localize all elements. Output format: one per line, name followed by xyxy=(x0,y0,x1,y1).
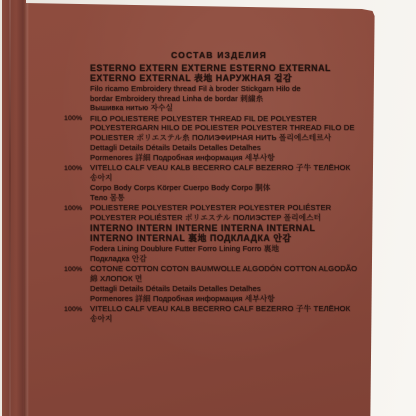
label-line: Pormenores 詳細 Подробная информация 세부사항 xyxy=(90,153,352,163)
percentage xyxy=(64,244,90,263)
label-line: Dettagli Details Détails Details Detalle… xyxy=(90,143,352,153)
label-line: ESTERNO EXTERN EXTERNE ESTERNO EXTERNAL xyxy=(90,63,352,73)
label-line: COTONE COTTON COTON BAUMWOLLE ALGODÓN CO… xyxy=(90,264,352,274)
composition-row-cotton: 100% COTONE COTTON COTON BAUMWOLLE ALGOD… xyxy=(64,264,352,283)
spine-crease-streak xyxy=(9,0,11,416)
composition-row-body: Corpo Body Corps Körper Cuerpo Body Corp… xyxy=(64,183,352,202)
percentage: 100% xyxy=(64,203,90,222)
label-line: Тело 몸통 xyxy=(90,193,352,203)
label-line: POLIESTERE POLYESTER POLYESTER POLYESTER… xyxy=(90,203,352,213)
percentage xyxy=(64,183,90,202)
label-line: INTERNO INTERN INTERNE INTERNA INTERNAL xyxy=(90,223,352,233)
label-line: Corpo Body Corps Körper Cuerpo Body Corp… xyxy=(90,183,352,193)
label-line: POLIESTER ポリエステル糸 ПОЛИЭФИРНАЯ НИТЬ 폴리에스테… xyxy=(90,133,352,143)
label-line: POLYESTERGARN HILO DE POLIESTER POLYESTE… xyxy=(90,123,352,133)
label-line: VITELLO CALF VEAU KALB BECERRO CALF BEZE… xyxy=(90,163,352,173)
percentage xyxy=(64,223,90,243)
label-photo: СОСТАВ ИЗДЕЛИЯ ESTERNO EXTERN EXTERNE ES… xyxy=(0,0,416,416)
label-line: FILO POLIESTERE POLYESTER THREAD FIL DE … xyxy=(90,114,352,124)
composition-row-polyester-body: 100% POLIESTERE POLYESTER POLYESTER POLY… xyxy=(64,203,352,222)
label-line: bordar Embroidery thread Linha de bordar… xyxy=(90,94,352,104)
label-line: 송아지 xyxy=(90,173,352,183)
fold-crease xyxy=(24,0,29,416)
label-line: Fodera Lining Doublure Futter Forro Lini… xyxy=(90,244,352,254)
label-line: Вышивка нитью 자수실 xyxy=(90,103,352,113)
composition-text: СОСТАВ ИЗДЕЛИЯ ESTERNO EXTERN EXTERNE ES… xyxy=(64,50,352,324)
label-line: Filo ricamo Embroidery thread Fil à brod… xyxy=(90,84,352,94)
composition-row-calf-2: 100% VITELLO CALF VEAU KALB BECERRO CALF… xyxy=(64,304,352,323)
label-line: EXTERNO EXTERNAL 表地 НАРУЖНАЯ 겉감 xyxy=(90,73,352,83)
percentage xyxy=(64,143,90,162)
label-line: Подкладка 안감 xyxy=(90,254,352,264)
composition-row-details-1: Dettagli Details Détails Details Detalle… xyxy=(64,143,352,162)
composition-title: СОСТАВ ИЗДЕЛИЯ xyxy=(64,50,352,60)
composition-row-calf-1: 100% VITELLO CALF VEAU KALB BECERRO CALF… xyxy=(64,163,352,182)
percentage xyxy=(64,284,90,303)
composition-row-embroidery-thread: Filo ricamo Embroidery thread Fil à brod… xyxy=(64,84,352,113)
composition-row-polyester-thread: 100% FILO POLIESTERE POLYESTER THREAD FI… xyxy=(64,114,352,143)
label-line: INTERNO INTERNAL 裏地 ПОДКЛАДКА 안감 xyxy=(90,233,352,243)
composition-row-lining: Fodera Lining Doublure Futter Forro Lini… xyxy=(64,244,352,263)
label-line: POLYESTER POLIÉSTER ポリエステル ПОЛИЭСТЕР 폴리에… xyxy=(90,213,352,223)
percentage: 100% xyxy=(64,304,90,323)
composition-row-interno-header: INTERNO INTERN INTERNE INTERNA INTERNAL … xyxy=(64,223,352,243)
percentage xyxy=(64,63,90,83)
label-line: Pormenores 詳細 Подробная информация 세부사항 xyxy=(90,294,352,304)
care-label-spine xyxy=(2,0,26,416)
composition-row-details-2: Dettagli Details Détails Details Detalle… xyxy=(64,284,352,303)
care-label-card: СОСТАВ ИЗДЕЛИЯ ESTERNO EXTERN EXTERNE ES… xyxy=(24,0,376,416)
percentage: 100% xyxy=(64,163,90,182)
percentage: 100% xyxy=(64,114,90,143)
label-line: 송아지 xyxy=(90,314,352,324)
percentage: 100% xyxy=(64,264,90,283)
label-line: VITELLO CALF VEAU KALB BECERRO CALF BEZE… xyxy=(90,304,352,314)
label-line: Dettagli Details Détails Details Detalle… xyxy=(90,284,352,294)
label-line: 綿 ХЛОПОК 면 xyxy=(90,274,352,284)
percentage xyxy=(64,84,90,113)
composition-row-esterno-header: ESTERNO EXTERN EXTERNE ESTERNO EXTERNAL … xyxy=(64,63,352,83)
